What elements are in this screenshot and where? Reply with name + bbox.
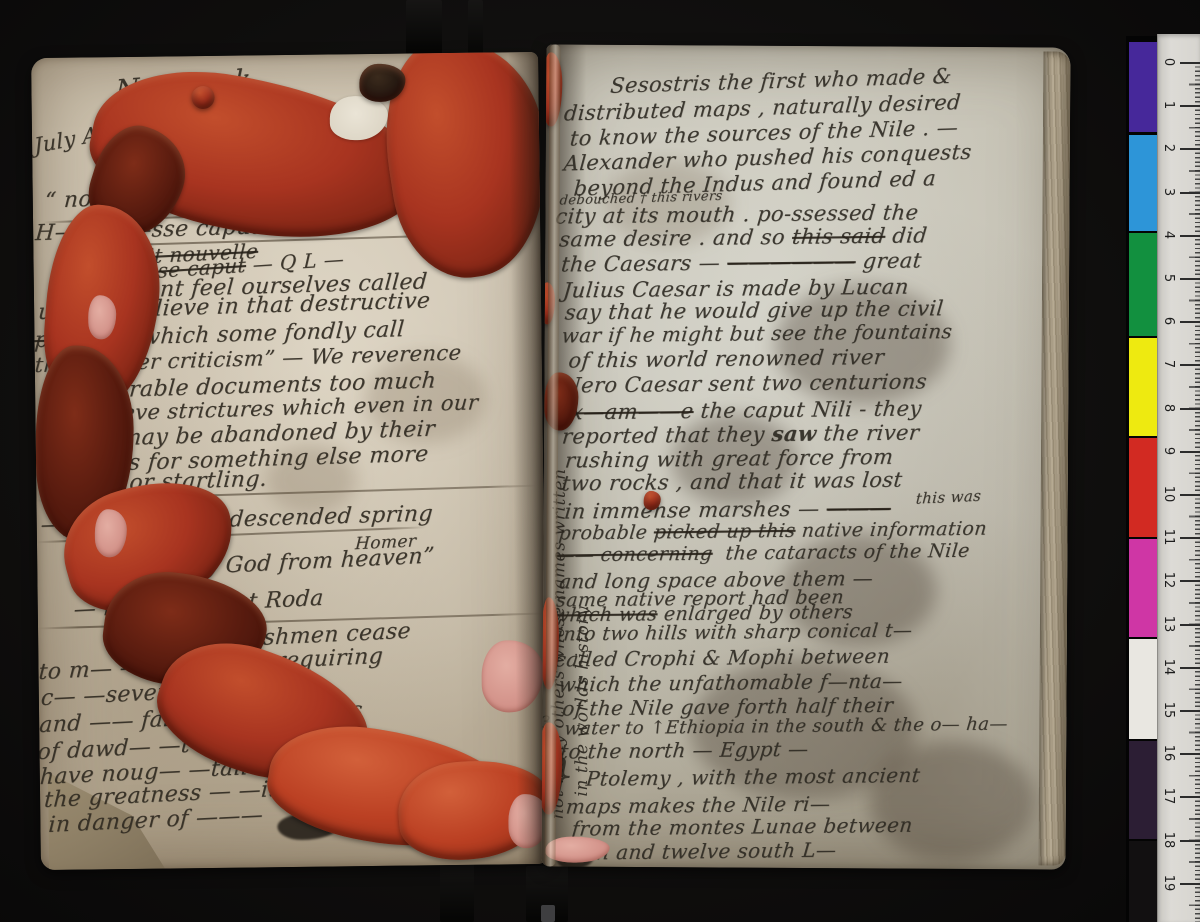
right-page: Sesostris the first who made &distribute… xyxy=(541,44,1070,869)
ruler-number: 2 xyxy=(1160,137,1178,159)
handwritten-line: the Caesars — —————— great xyxy=(560,248,923,276)
handwritten-line: called Crophi & Mophi between xyxy=(554,644,892,672)
ruler-number: 6 xyxy=(1160,310,1178,332)
gutter-marginalia: not many others whose names writtenin th… xyxy=(547,44,1071,47)
centimetre-tick xyxy=(1180,408,1200,410)
wax-seal-fragment xyxy=(191,86,214,109)
ruler-number: 7 xyxy=(1160,353,1178,375)
handwritten-line: to the north — Egypt — xyxy=(559,737,810,764)
top-clamp xyxy=(406,0,442,54)
ruler-number: 8 xyxy=(1160,397,1178,419)
ruler-number: 13 xyxy=(1160,613,1178,635)
color-patch-blue xyxy=(1129,135,1157,231)
handwritten-line: Ptolemy , with the most ancient xyxy=(585,763,921,791)
centimetre-tick xyxy=(1180,148,1200,150)
centimetre-tick xyxy=(1180,667,1200,669)
centimetre-tick xyxy=(1180,192,1200,194)
clamp-tab xyxy=(541,905,555,922)
bottom-clamp xyxy=(440,862,474,922)
color-patch-green xyxy=(1129,233,1157,336)
handwritten-line: from the montes Lunae between xyxy=(571,813,914,841)
ruler-number: 0 xyxy=(1160,51,1178,73)
right-page-text: Sesostris the first who made &distribute… xyxy=(547,44,1071,47)
handwritten-line: water to ↑Ethiopia in the south & the o—… xyxy=(563,713,1008,739)
ruler-number: 3 xyxy=(1160,181,1178,203)
ruler-number: 9 xyxy=(1160,440,1178,462)
photographed-notebook-spread: Notebook18July A Ab“ non—— ——git ulli , … xyxy=(0,0,1200,922)
ruler-number: 11 xyxy=(1160,526,1178,548)
centimetre-tick xyxy=(1180,753,1200,755)
ruler-number: 12 xyxy=(1160,569,1178,591)
ruler-number: 15 xyxy=(1160,699,1178,721)
centimetre-tick xyxy=(1180,537,1200,539)
centimetre-tick xyxy=(1180,580,1200,582)
centimetre-tick xyxy=(1180,883,1200,885)
handwritten-line: ten and twelve south L— xyxy=(574,838,837,865)
marginalia-line: in the worlds history xyxy=(572,606,593,797)
ruler-number: 10 xyxy=(1160,483,1178,505)
color-patch-black xyxy=(1129,841,1157,922)
color-patch-magenta xyxy=(1129,539,1157,637)
handwritten-line: same desire . and so this said did xyxy=(558,223,928,251)
ruler-number: 17 xyxy=(1160,785,1178,807)
color-patch-red xyxy=(1129,438,1157,537)
color-patch-violet xyxy=(1129,42,1157,132)
centimetre-tick xyxy=(1180,235,1200,237)
centimetre-tick xyxy=(1180,105,1200,107)
centimetre-tick xyxy=(1180,364,1200,366)
ruler-number: 18 xyxy=(1160,829,1178,851)
color-patch-yellow xyxy=(1129,338,1157,436)
centimetre-tick xyxy=(1180,624,1200,626)
color-patch-dark-violet xyxy=(1129,741,1157,839)
centimetre-tick xyxy=(1180,451,1200,453)
centimetre-tick xyxy=(1180,278,1200,280)
centimetre-tick xyxy=(1180,62,1200,64)
handwritten-line: two rocks , and that it was lost xyxy=(561,468,904,496)
calibration-ruler: 012345678910111213141516171819 xyxy=(1157,34,1200,922)
handwritten-line: into two hills with sharp conical t— xyxy=(556,619,913,645)
centimetre-tick xyxy=(1180,796,1200,798)
centimetre-tick xyxy=(1180,494,1200,496)
centimetre-tick xyxy=(1180,840,1200,842)
color-patch-white xyxy=(1129,639,1157,739)
centimetre-tick xyxy=(1180,710,1200,712)
handwritten-line: of this world renowned river xyxy=(567,345,885,373)
handwritten-line: this was xyxy=(915,487,982,508)
ruler-number: 5 xyxy=(1160,267,1178,289)
handwritten-line: Nero Caesar sent two centurions xyxy=(561,369,928,397)
page-stack-fore-edge xyxy=(1039,51,1071,865)
handwritten-line: war if he might but see the fountains xyxy=(561,319,954,347)
ruler-number: 4 xyxy=(1160,224,1178,246)
ruler-number: 14 xyxy=(1160,656,1178,678)
ruler-number: 19 xyxy=(1160,872,1178,894)
left-page: Notebook18July A Ab“ non—— ——git ulli , … xyxy=(31,52,548,870)
stain xyxy=(870,741,1036,862)
ruler-number: 16 xyxy=(1160,742,1178,764)
centimetre-tick xyxy=(1180,321,1200,323)
ruler-number: 1 xyxy=(1160,94,1178,116)
